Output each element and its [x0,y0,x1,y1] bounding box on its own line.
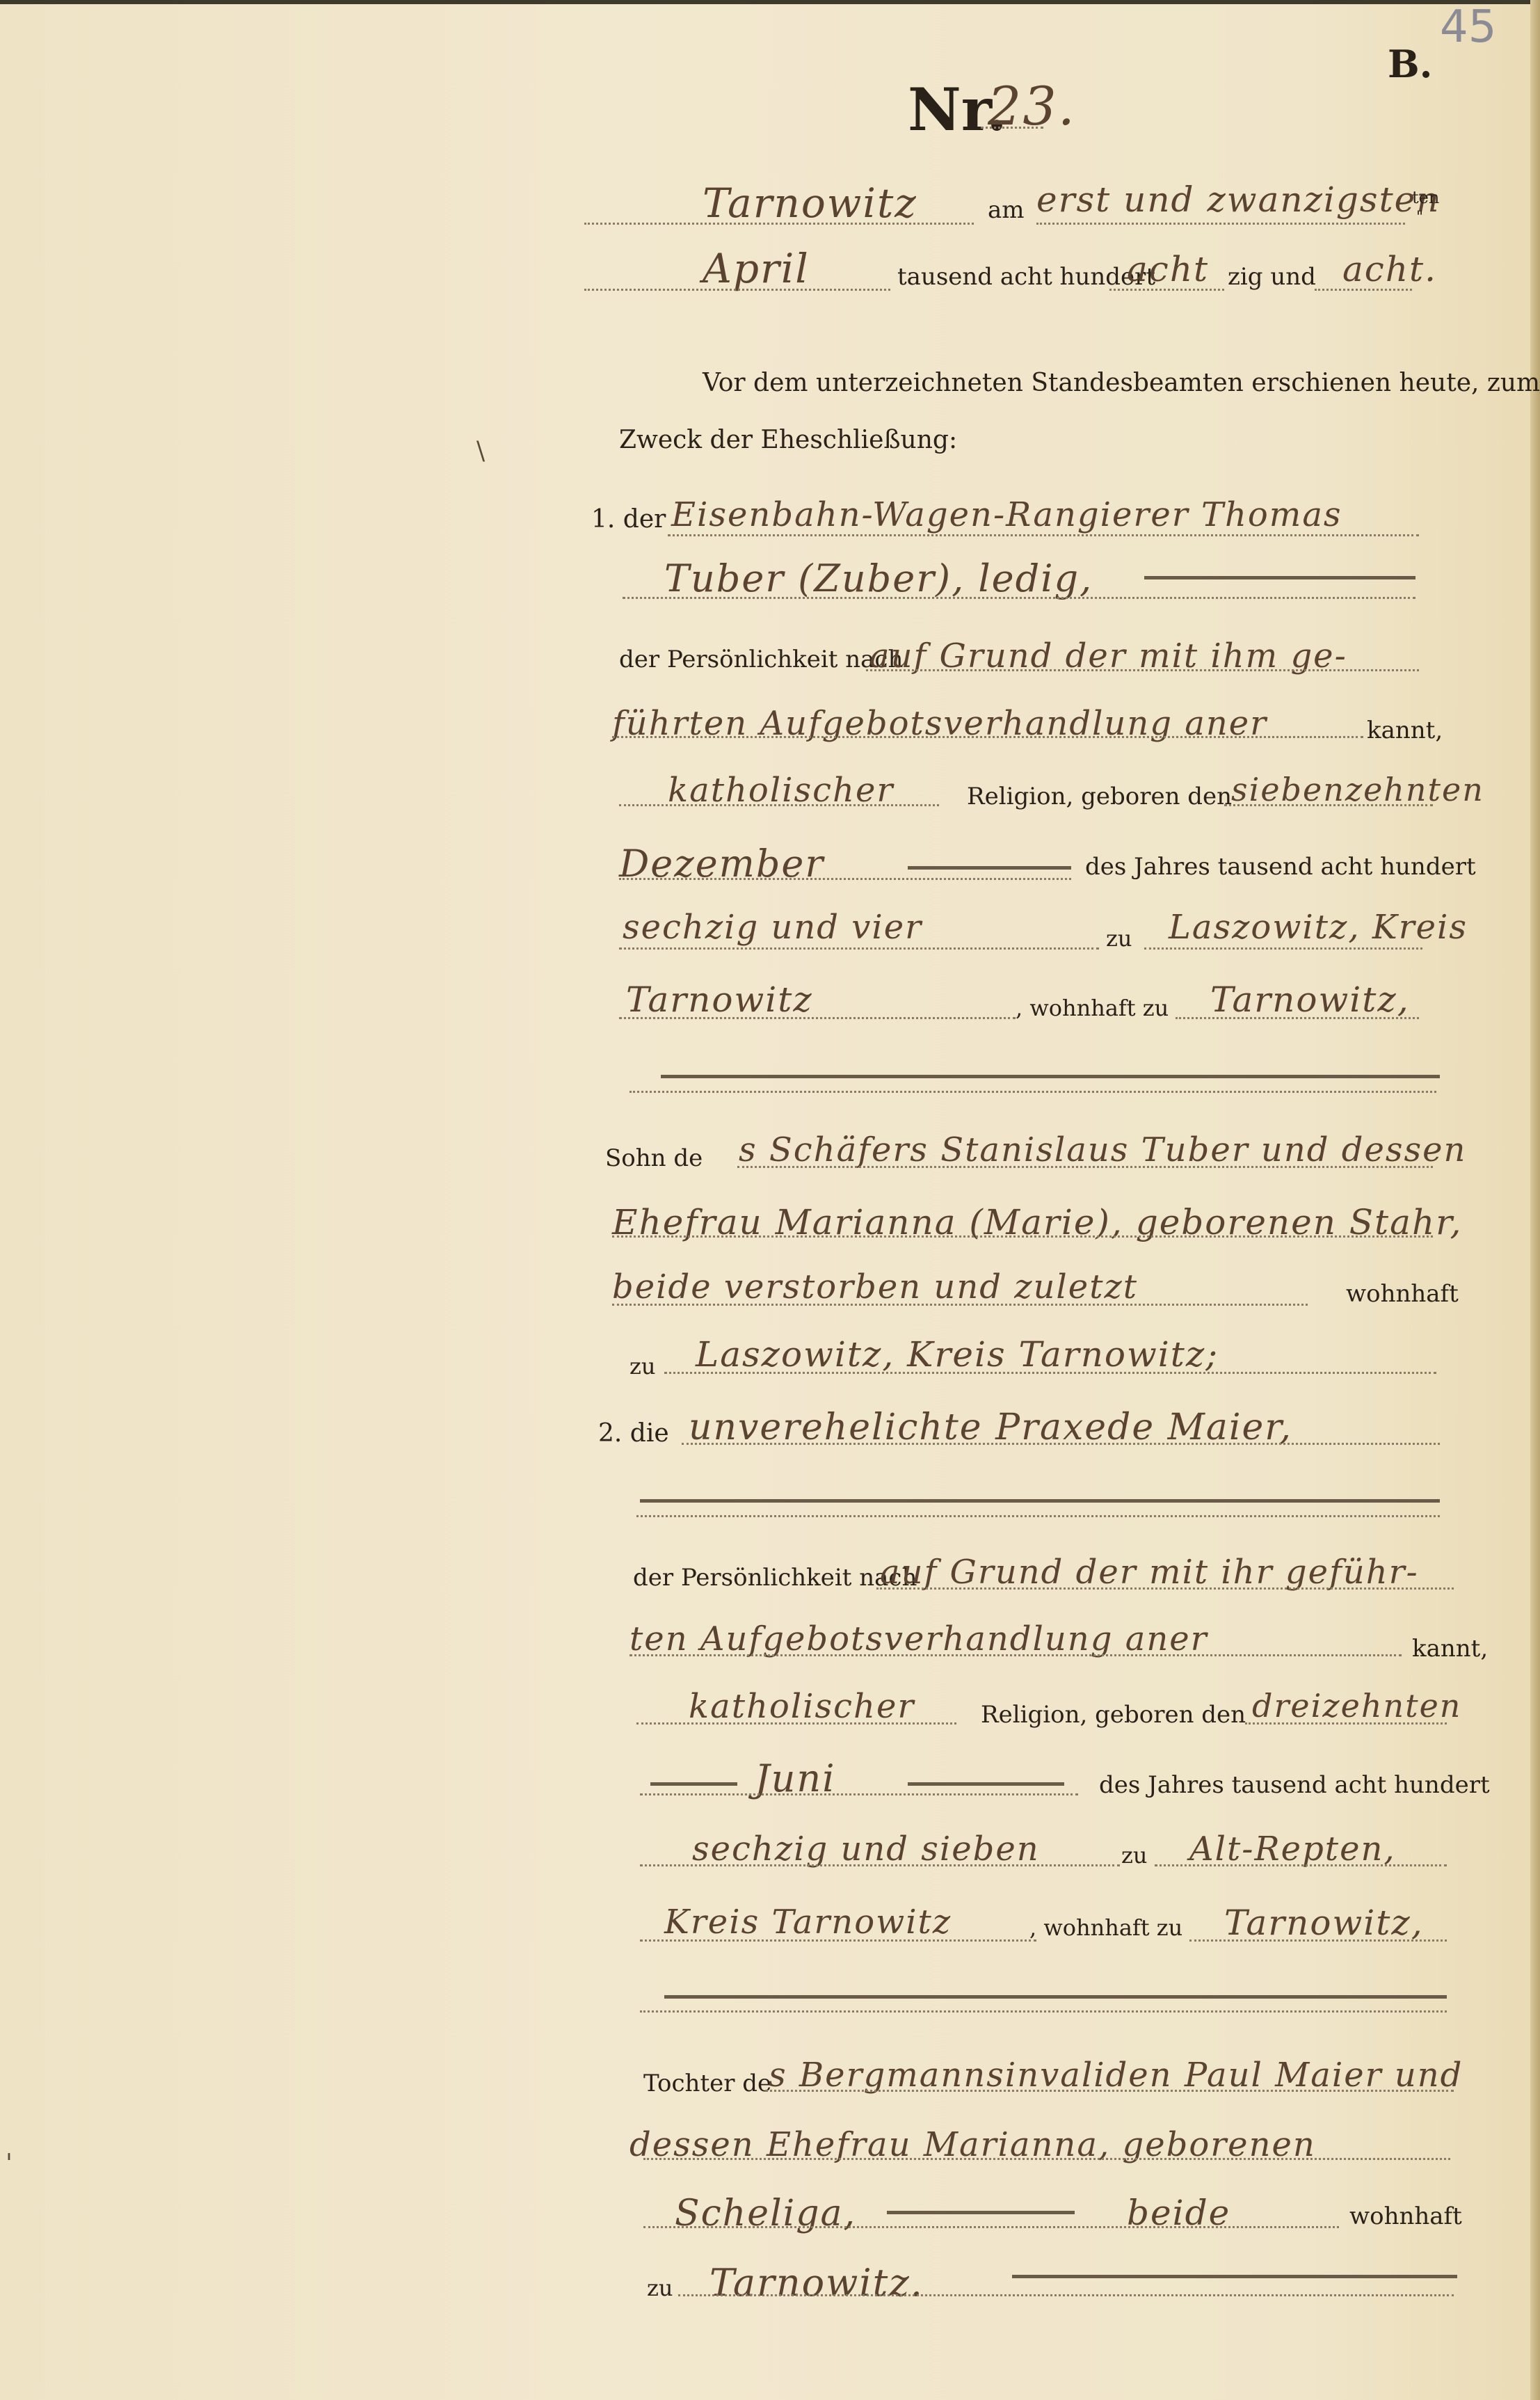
bride-birth-year: sechzig und sieben [692,1830,1040,1869]
bride-identity-2: ten Aufgebotsverhandlung aner [629,1619,1208,1658]
bride-parents-dots-1 [765,2090,1454,2092]
bride-identity-label: der Persönlichkeit nach [633,1564,917,1592]
series-letter: B. [1388,42,1432,86]
groom-parents-residence: Laszowitz, Kreis Tarnowitz; [696,1334,1219,1375]
groom-identity-suffix: kannt, [1367,717,1443,744]
bride-zu-label: zu [1121,1842,1147,1869]
groom-identity-label: der Persönlichkeit nach [619,646,903,673]
bride-parents-dots-2 [643,2158,1450,2160]
bride-month-line [640,1793,1078,1795]
bride-identity-line-1 [876,1587,1454,1590]
year-unit: acht. [1342,249,1437,289]
bride-residence: Tarnowitz, [1224,1903,1424,1943]
paper-speck: ' [6,2150,13,2178]
intro-line-1: Vor dem unterzeichneten Standesbeamten e… [703,369,1540,397]
groom-year-label: des Jahres tausend acht hundert [1085,853,1476,881]
bride-name-line [682,1443,1440,1445]
bride-parents-line-1: s Bergmannsinvaliden Paul Maier und [769,2056,1463,2095]
groom-birth-place-2: Tarnowitz [626,979,813,1020]
bride-identity-suffix: kannt, [1412,1635,1488,1663]
groom-residence-label: , wohnhaft zu [1016,995,1169,1021]
page-right-edge [1530,0,1540,2400]
groom-birth-place-line [1144,947,1422,950]
groom-zu-label: zu [1106,925,1132,952]
decade-line [1109,289,1224,291]
bride-parents-end-rule [1012,2275,1457,2278]
groom-birth-day-line [1224,804,1433,806]
header-month: April [703,245,810,292]
bride-religion: katholischer [689,1687,915,1726]
bride-religion-label: Religion, geboren den [981,1701,1246,1729]
bride-year-label: des Jahres tausend acht hundert [1099,1771,1490,1799]
groom-parents-residence-label: wohnhaft [1346,1280,1459,1308]
year-label-1: tausend acht hundert [897,263,1155,291]
groom-number-label: 1. der [591,505,666,534]
groom-month-rule [908,866,1071,870]
bride-residence-line [1189,1939,1447,1942]
bride-parents-dots-4 [678,2294,1454,2296]
groom-parents-label: Sohn de [605,1144,703,1172]
bride-birth-day-line [1245,1722,1447,1725]
bride-parents-zu-label: zu [647,2275,673,2301]
bride-section-dots [636,1515,1440,1517]
page-top-edge [0,0,1540,4]
groom-fill-rule [1144,576,1415,579]
unit-line [1315,289,1412,291]
entry-number-line [981,127,1043,129]
groom-birth-year-line [619,947,1099,950]
ten-suffix: ten [1412,188,1439,207]
groom-birth-place-2-line [619,1017,1016,1019]
groom-parents-line-1: s Schäfers Stanislaus Tuber und dessen [739,1130,1466,1169]
bride-birth-place-2-line [640,1939,1036,1942]
groom-parents-zu-label: zu [629,1353,655,1379]
bride-name: unverehelichte Praxede Maier, [689,1407,1292,1448]
groom-birth-place-1: Laszowitz, Kreis [1169,908,1468,947]
bride-birth-place-line [1155,1864,1447,1866]
groom-identity-line-2 [612,736,1363,738]
groom-occupation-name-1: Eisenbahn-Wagen-Rangierer Thomas [671,495,1342,534]
groom-parents-dots-3 [612,1304,1308,1306]
groom-birth-year: sechzig und vier [623,908,922,947]
bride-info-rule [664,1995,1447,1999]
bride-parents-line-3a: Scheliga, [675,2193,856,2234]
groom-parents-dots-1 [737,1166,1433,1168]
pencil-page-number: 45 [1440,1,1496,53]
bride-parents-label: Tochter de [643,2070,771,2097]
groom-residence-line [1176,1017,1419,1019]
groom-occupation-name-2: Tuber (Zuber), ledig, [664,557,1093,600]
am-label: am [988,196,1025,224]
bride-identity-line-2 [629,1654,1402,1656]
bride-birth-place-2: Kreis Tarnowitz [664,1903,952,1942]
groom-parents-line-3: beide verstorben und zuletzt [612,1267,1138,1306]
year-label-2: zig und [1228,263,1316,291]
bride-birth-place-1: Alt-Repten, [1189,1830,1396,1869]
groom-section-dots [629,1091,1436,1093]
groom-parents-dots-4 [664,1372,1436,1374]
groom-residence: Tarnowitz, [1210,979,1410,1020]
header-day: erst und zwanzigsten [1036,179,1440,220]
bride-month-rule-left [650,1782,737,1786]
bride-birth-year-line [640,1864,1120,1866]
groom-identity-line-1 [866,669,1419,671]
year-decade: acht [1127,249,1209,289]
bride-section-rule [640,1499,1440,1503]
bride-month-rule-right [908,1782,1064,1786]
bride-parents-rule [887,2211,1075,2214]
month-line [584,289,890,291]
groom-line-2 [623,597,1415,599]
bride-religion-line [636,1722,956,1725]
intro-line-2: Zweck der Eheschließung: [619,426,957,454]
groom-section-rule [661,1075,1440,1078]
groom-line-1 [668,534,1419,536]
bride-number-label: 2. die [598,1419,669,1448]
paper-speck: \ [476,437,485,465]
groom-month-line [619,878,1071,880]
bride-parents-dots-3 [643,2226,1339,2228]
bride-birth-day: dreizehnten [1252,1687,1461,1725]
bride-identity-1: auf Grund der mit ihr geführ- [880,1553,1419,1592]
bride-info-dots [640,2010,1447,2013]
groom-religion-line [619,804,939,806]
ditto-mark: " [1416,209,1423,226]
header-place: Tarnowitz [703,179,917,227]
groom-parents-dots-2 [612,1235,1433,1238]
groom-birth-day: siebenzehnten [1231,771,1484,808]
place-line [584,223,974,225]
bride-residence-label: , wohnhaft zu [1029,1914,1182,1941]
bride-parents-residence: Tarnowitz. [709,2261,924,2305]
groom-religion-label: Religion, geboren den [967,783,1232,810]
day-line [1036,223,1405,225]
bride-parents-residence-label: wohnhaft [1349,2202,1462,2230]
